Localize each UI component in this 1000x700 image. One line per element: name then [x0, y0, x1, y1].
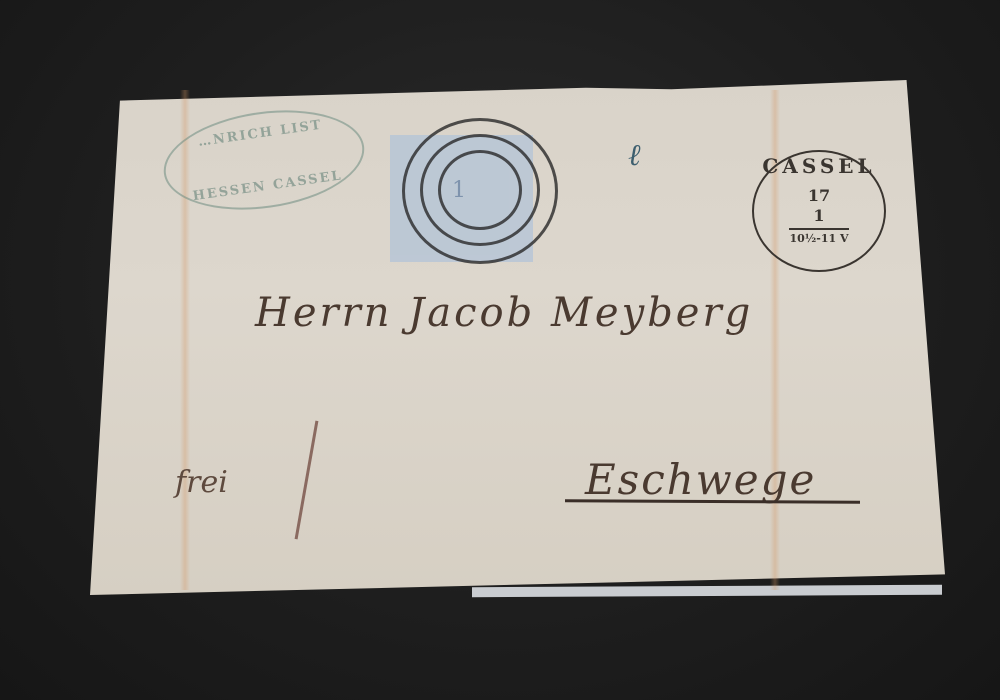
addressee-handwriting: Herrn Jacob Meyberg	[255, 290, 753, 336]
postmark-town: CASSEL	[754, 154, 884, 178]
letter-underflap	[472, 585, 942, 597]
cassel-postmark: CASSEL 17 1 10½-11 V	[752, 150, 886, 272]
postmark-day: 17	[754, 186, 884, 205]
postmark-rule	[789, 228, 849, 230]
postmark-time: 10½-11 V	[754, 232, 884, 245]
blue-pencil-mark: ℓ	[628, 138, 641, 173]
letter-photo: …NRICH LIST HESSEN CASSEL 1 ℓ CASSEL 17 …	[0, 0, 1000, 700]
destination-handwriting: Eschwege	[585, 455, 816, 504]
frei-note: frei	[175, 465, 228, 500]
postmark-month: 1	[754, 206, 884, 225]
cancel-ring-inner	[438, 150, 522, 230]
